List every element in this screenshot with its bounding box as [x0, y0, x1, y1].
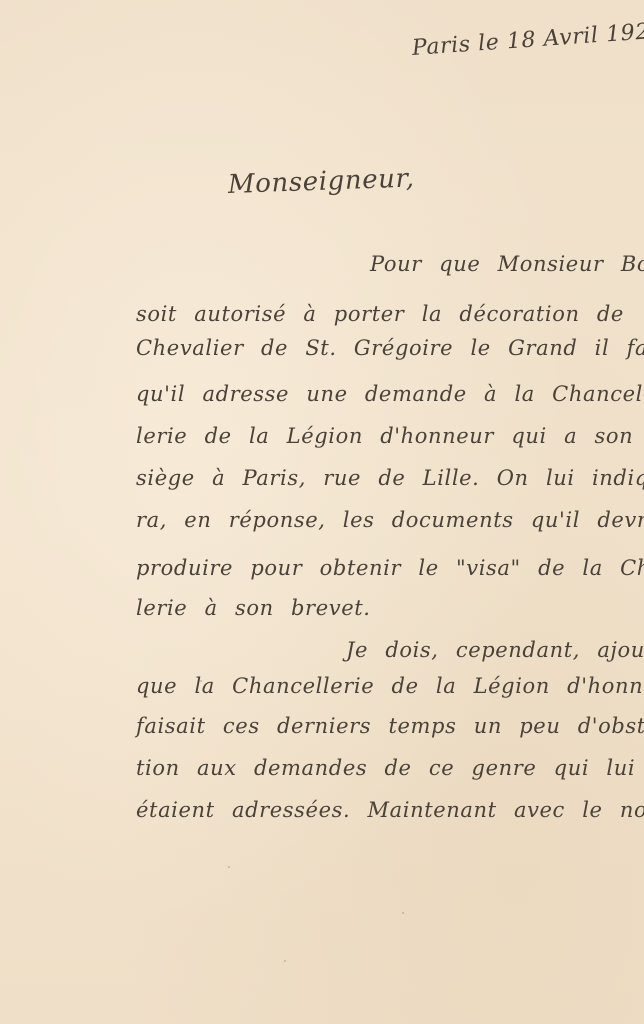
paper-speck [402, 912, 404, 914]
letter-line: soit autorisé à porter la décoration de [136, 302, 624, 326]
letter-line: Je dois, cependant, ajouter [346, 638, 644, 662]
letter-line: qu'il adresse une demande à la Chancel- [136, 382, 644, 406]
letter-line: produire pour obtenir le "visa" de la Ch… [136, 556, 644, 580]
letter-line: Chevalier de St. Grégoire le Grand il fa… [136, 336, 644, 360]
letter-page: ​ Paris le 18 Avril 1925 Monseigneur, Po… [0, 0, 644, 1024]
letter-line: ra, en réponse, les documents qu'il devr… [136, 508, 644, 532]
letter-salutation: Monseigneur, [227, 163, 415, 199]
letter-line: lerie de la Légion d'honneur qui a son [136, 424, 633, 448]
paper-speck [284, 960, 286, 962]
letter-date: Paris le 18 Avril 1925 [411, 18, 644, 61]
letter-line: lerie à son brevet. [136, 596, 371, 620]
letter-line: que la Chancellerie de la Légion d'honne… [136, 674, 644, 698]
letter-line: tion aux demandes de ce genre qui lui [136, 756, 635, 780]
letter-line: Pour que Monsieur Boham [370, 252, 644, 276]
letter-line: siège à Paris, rue de Lille. On lui indi… [136, 466, 644, 490]
letter-line: faisait ces derniers temps un peu d'obst… [136, 714, 644, 738]
letter-line: étaient adressées. Maintenant avec le no… [136, 798, 644, 822]
paper-speck [228, 866, 230, 868]
paper-speck [200, 680, 202, 682]
